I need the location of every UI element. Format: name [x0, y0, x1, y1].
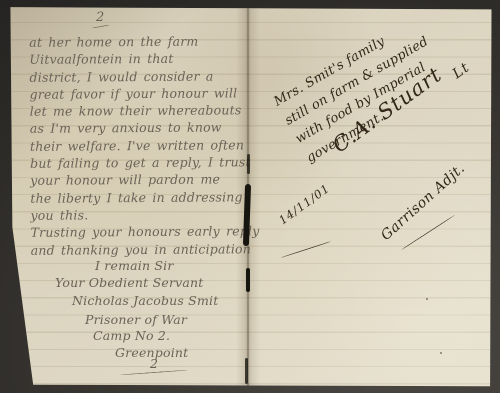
footer-page-number: 2 [150, 356, 158, 371]
letter-line: Trusting your honours early reply [31, 222, 260, 241]
spine-tear [247, 154, 250, 174]
letter-line: but failing to get a reply, I trust [30, 153, 259, 172]
camp-line: Camp No 2. [93, 328, 170, 343]
spine-tear [246, 268, 250, 292]
date-flourish [281, 241, 331, 258]
sender-name: Nicholas Jacobus Smit [72, 293, 218, 308]
letter-body: at her home on the farm Uitvaalfontein i… [29, 32, 259, 258]
spine-tear [245, 358, 248, 384]
sender-status: Prisoner of War [85, 312, 187, 327]
letter-line: you this. [30, 205, 259, 224]
paper-speck [440, 352, 442, 354]
letter-line: your honour will pardon me [30, 171, 259, 190]
closing-servant: Your Obedient Servant [55, 275, 204, 290]
letter-line: at her home on the farm [29, 32, 258, 51]
letter-line: the liberty I take in addressing [30, 188, 259, 207]
letter-line: Uitvaalfontein in that [29, 50, 258, 69]
paper-speck [426, 298, 428, 300]
letter-line: their welfare. I've written often [30, 136, 259, 155]
letter-line: district, I would consider a [29, 67, 258, 86]
page-number-underline [92, 24, 110, 28]
date-annotation: 14/11/01 [276, 181, 332, 227]
letter-line: as I'm very anxious to know [30, 119, 259, 138]
page-number: 2 [96, 10, 104, 25]
signature-rank: Lt [450, 59, 473, 82]
letter-photograph: 2 at her home on the farm Uitvaalfontein… [0, 0, 500, 393]
closing-salutation: I remain Sir [95, 258, 174, 273]
letter-line: and thanking you in anticipation [31, 240, 260, 259]
signature-title: Garrison Adjt. [378, 160, 468, 243]
letter-line: great favor if your honour will [30, 84, 259, 103]
letter-line: let me know their whereabouts [30, 101, 259, 120]
letter-paper: 2 at her home on the farm Uitvaalfontein… [8, 6, 492, 387]
